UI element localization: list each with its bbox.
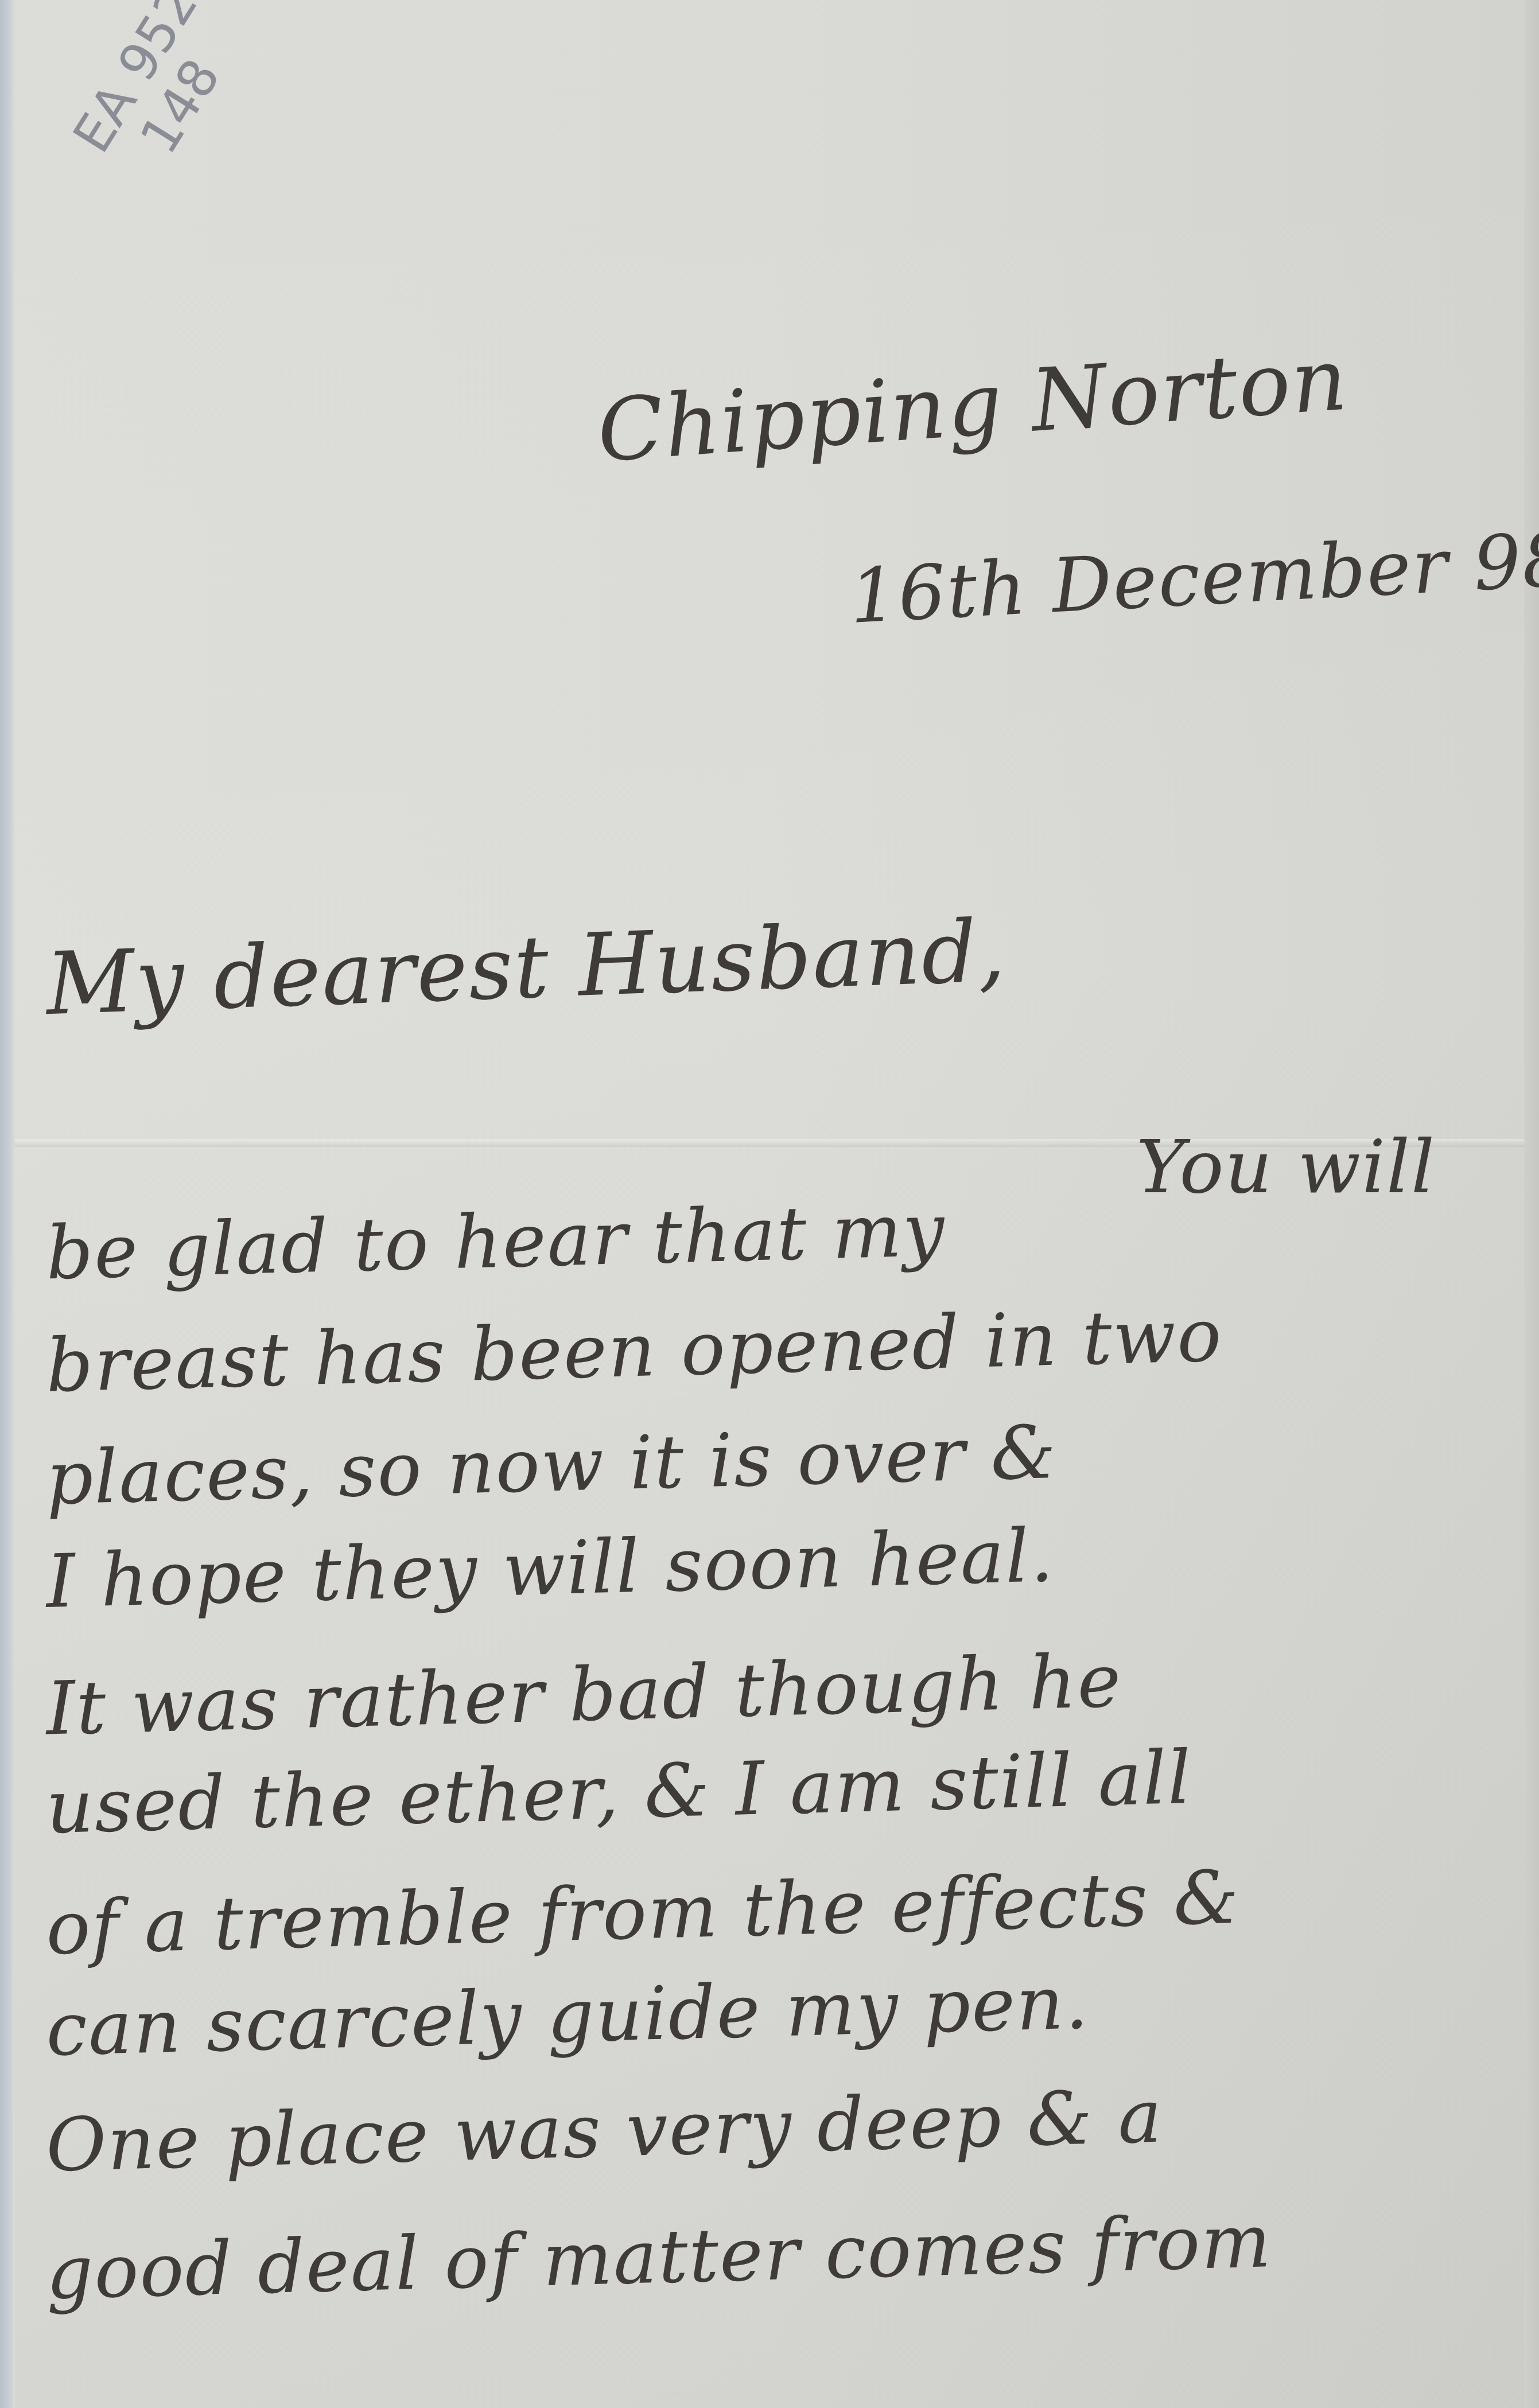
scan-right-edge	[1524, 0, 1539, 2408]
scan-left-edge	[0, 0, 15, 2408]
letter-body-line: You will	[1136, 1125, 1436, 1210]
